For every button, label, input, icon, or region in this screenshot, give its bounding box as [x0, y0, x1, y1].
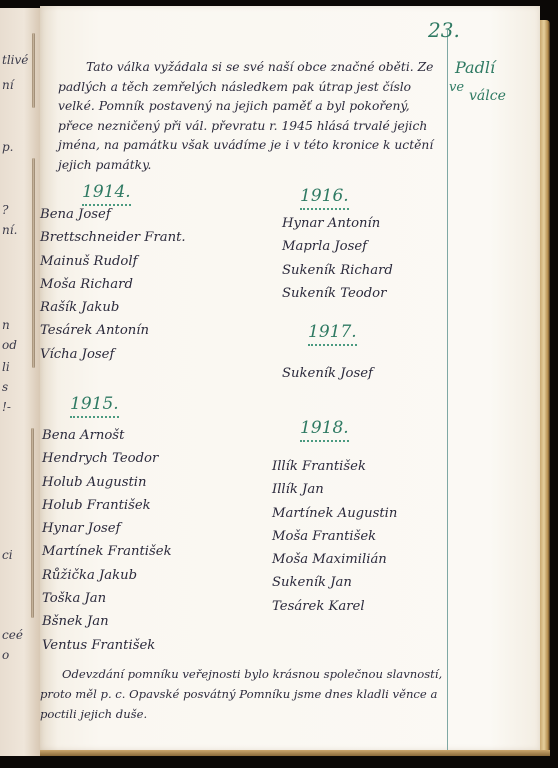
fallen-name: Mainuš Rudolf [40, 250, 186, 273]
fallen-name: Bšnek Jan [42, 610, 172, 633]
binding-stitch [32, 33, 35, 108]
names-list-1917: Sukeník Josef [282, 362, 373, 385]
prev-page-fragment: ní [2, 78, 14, 92]
binding-stitch [31, 428, 34, 618]
fallen-name: Sukeník Josef [282, 362, 373, 385]
fallen-name: Martínek Augustin [272, 502, 397, 525]
fallen-name: Brettschneider Frant. [40, 226, 186, 249]
fallen-name: Hendrych Teodor [42, 447, 172, 470]
prev-page-fragment: tlivé [2, 53, 28, 67]
fallen-name: Illík František [272, 455, 397, 478]
names-list-1914: Bena Josef Brettschneider Frant. Mainuš … [40, 203, 186, 366]
fallen-name: Hynar Antonín [282, 212, 393, 235]
previous-page-edge: tlivé ní p. ? ní. n od li s !- ci ceé o [0, 8, 40, 756]
fallen-name: Maprla Josef [282, 235, 393, 258]
prev-page-fragment: ní. [2, 223, 17, 237]
fallen-name: Moša Maximilián [272, 548, 397, 571]
prev-page-fragment: ci [2, 548, 13, 562]
prev-page-fragment: !- [2, 400, 11, 414]
page-stack-edge [540, 20, 550, 755]
prev-page-fragment: od [2, 338, 17, 352]
names-list-1916: Hynar Antonín Maprla Josef Sukeník Richa… [282, 212, 393, 305]
year-heading-1918: 1918. [300, 418, 349, 442]
year-heading-1915: 1915. [70, 394, 119, 418]
page-bottom-edge [40, 750, 550, 756]
fallen-name: Vícha Josef [40, 343, 186, 366]
fallen-name: Illík Jan [272, 478, 397, 501]
fallen-name: Hynar Josef [42, 517, 172, 540]
margin-heading-valce: válce [469, 88, 506, 104]
margin-heading-ve: ve [449, 80, 464, 95]
binding-stitch [32, 158, 35, 368]
year-heading-1916: 1916. [300, 186, 349, 210]
prev-page-fragment: p. [2, 140, 14, 154]
prev-page-fragment: o [2, 648, 9, 662]
prev-page-fragment: li [2, 360, 10, 374]
margin-heading-padli: Padlí [455, 58, 495, 77]
names-list-1915: Bena Arnošt Hendrych Teodor Holub August… [42, 424, 172, 657]
fallen-name: Růžička Jakub [42, 564, 172, 587]
fallen-name: Moša František [272, 525, 397, 548]
fallen-name: Moša Richard [40, 273, 186, 296]
fallen-name: Tesárek Karel [272, 595, 397, 618]
prev-page-fragment: n [2, 318, 10, 332]
fallen-name: Bena Arnošt [42, 424, 172, 447]
prev-page-fragment: ? [2, 203, 8, 217]
prev-page-fragment: s [2, 380, 8, 394]
fallen-name: Holub Augustin [42, 471, 172, 494]
fallen-name: Sukeník Teodor [282, 282, 393, 305]
names-list-1918: Illík František Illík Jan Martínek Augus… [272, 455, 397, 618]
intro-paragraph: Tato válka vyžádala si se své naší obce … [58, 58, 448, 175]
fallen-name: Holub František [42, 494, 172, 517]
fallen-name: Bena Josef [40, 203, 186, 226]
closing-paragraph: Odevzdání pomníku veřejnosti bylo krásno… [40, 664, 450, 724]
fallen-name: Toška Jan [42, 587, 172, 610]
page-number: 23. [428, 18, 460, 42]
fallen-name: Rašík Jakub [40, 296, 186, 319]
book-photo: tlivé ní p. ? ní. n od li s !- ci ceé o … [0, 0, 558, 768]
fallen-name: Sukeník Richard [282, 259, 393, 282]
fallen-name: Tesárek Antonín [40, 319, 186, 342]
prev-page-fragment: ceé [2, 628, 23, 642]
fallen-name: Ventus František [42, 634, 172, 657]
fallen-name: Martínek František [42, 540, 172, 563]
year-heading-1917: 1917. [308, 322, 357, 346]
fallen-name: Sukeník Jan [272, 571, 397, 594]
